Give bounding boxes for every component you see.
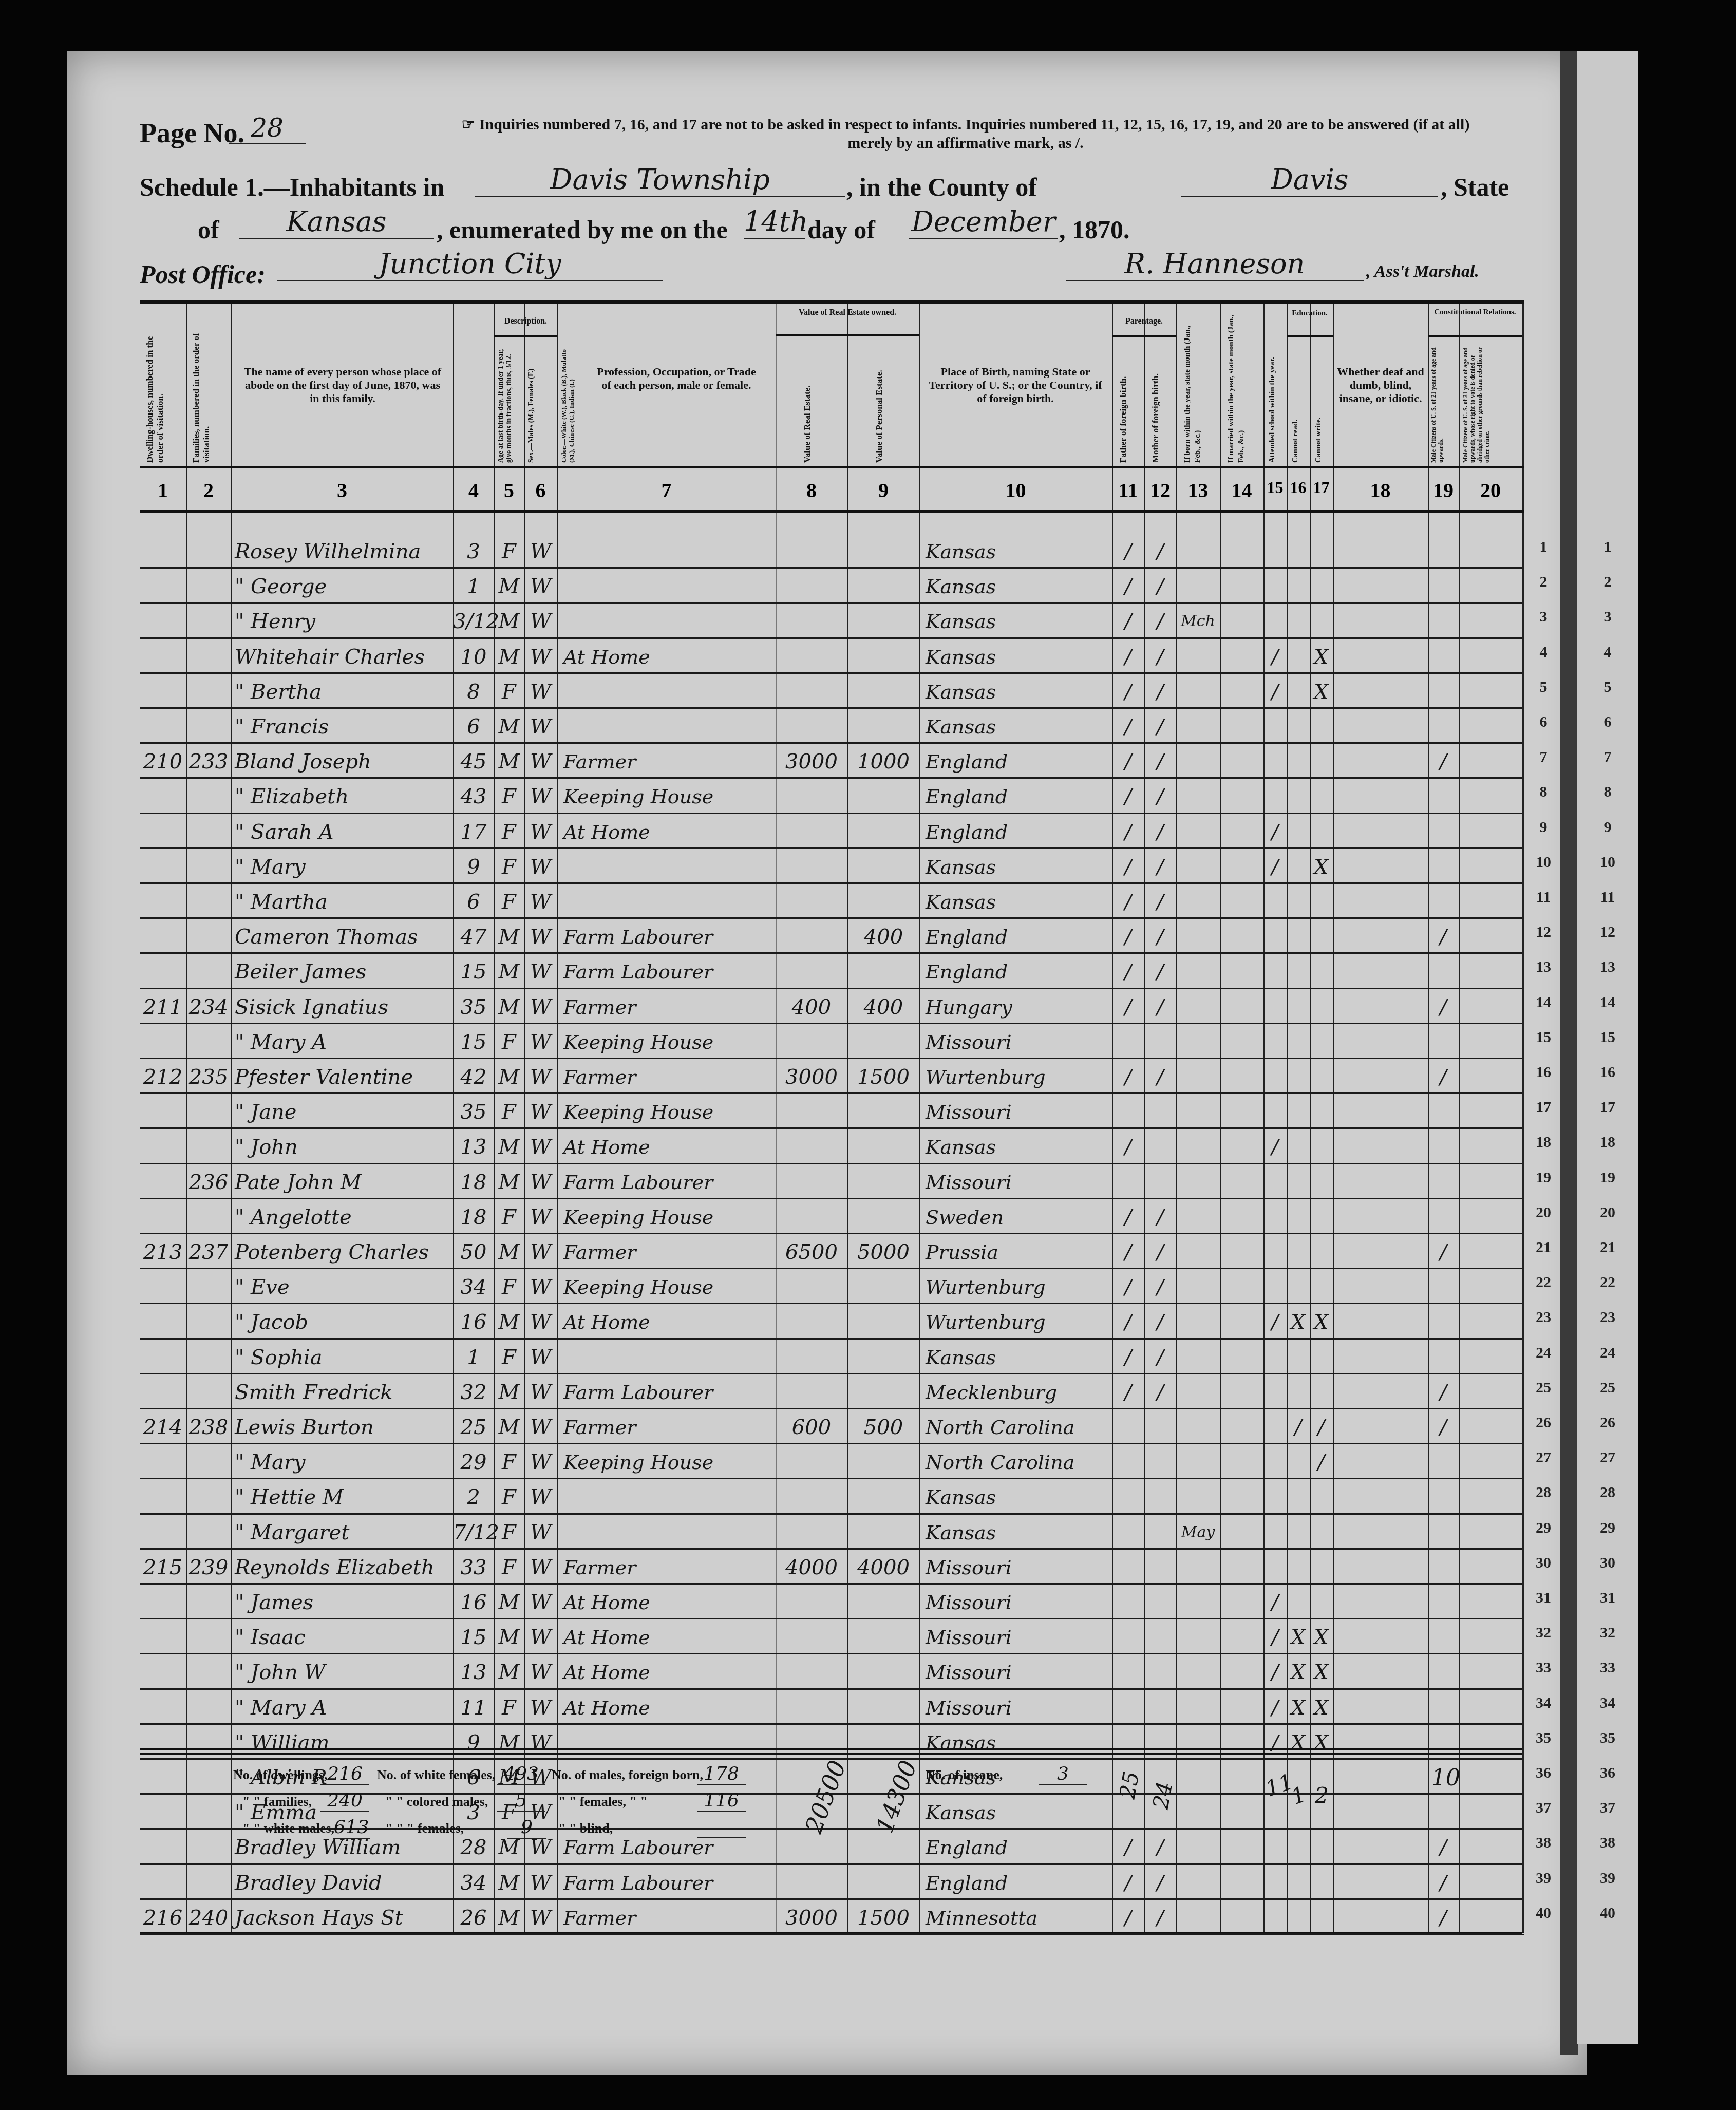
color: W [524,672,557,707]
vote-denied-mark [1459,988,1522,1023]
citizen-mark [1428,1548,1459,1583]
occupation: Farmer [563,1898,774,1933]
occupation: At Home [563,813,774,847]
married-month [1220,1198,1263,1233]
line-number: 17 [1528,1099,1559,1116]
dwelling-number [140,1268,186,1303]
cannot-write-mark [1310,917,1333,952]
age: 3/12 [453,602,494,637]
header-family: Families, numbered in the order of visit… [191,314,227,463]
occupation: Farmer [563,742,774,777]
age: 18 [453,1198,494,1233]
disability [1333,847,1428,882]
person-name: " Henry [235,602,453,637]
citizen-mark [1428,1127,1459,1162]
sex: F [494,1268,524,1303]
age: 50 [453,1233,494,1268]
real-estate-value [776,672,847,707]
family-number [186,1338,231,1373]
table-row: " John W13MWAt HomeMissouri/XX [140,1653,1522,1689]
family-number [186,952,231,987]
summary-colored-females-label: " " " females, [385,1821,464,1836]
mother-foreign-mark [1144,1653,1176,1688]
married-month [1220,1618,1263,1653]
citizen-mark [1428,1268,1459,1303]
dwelling-number [140,637,186,672]
father-foreign-mark: / [1112,847,1144,882]
sex: M [494,707,524,742]
summary-colored-males-label: " " colored males, [385,1794,488,1810]
citizen-mark [1428,882,1459,917]
adjacent-line-number: 7 [1592,748,1623,766]
occupation: At Home [563,1583,774,1618]
person-name: Cameron Thomas [235,917,453,952]
school-mark [1263,1513,1287,1548]
person-name: Whitehair Charles [235,637,453,672]
dwelling-number [140,672,186,707]
father-foreign-mark: / [1112,1198,1144,1233]
born-month [1176,1058,1220,1092]
vote-denied-mark [1459,1163,1522,1198]
vote-denied-mark [1459,602,1522,637]
cannot-read-mark [1287,1198,1310,1233]
age: 15 [453,1023,494,1058]
birthplace: Wurtenburg [926,1058,1112,1092]
color: W [524,1513,557,1548]
vote-denied-mark [1459,1198,1522,1233]
color: W [524,637,557,672]
cannot-write-mark: X [1310,847,1333,882]
colnum-8: 8 [776,478,847,502]
summary-white-males: 613 [333,1817,370,1839]
occupation: Farmer [563,1058,774,1092]
person-name: " Sarah A [235,813,453,847]
married-month [1220,532,1263,567]
colnum-11: 11 [1112,478,1144,502]
birthplace: Missouri [926,1583,1112,1618]
dwelling-number [140,602,186,637]
mother-foreign-mark: / [1144,637,1176,672]
disability [1333,1373,1428,1408]
occupation: Keeping House [563,777,774,812]
line-number: 2 [1528,573,1559,591]
school-mark [1263,1863,1287,1898]
cannot-read-mark [1287,1092,1310,1127]
married-month [1220,637,1263,672]
instructions-line-1: ☞ Inquiries numbered 7, 16, and 17 are n… [411,116,1520,134]
born-month [1176,917,1220,952]
color: W [524,1268,557,1303]
occupation: At Home [563,1618,774,1653]
personal-estate-value [847,847,919,882]
married-month [1220,1478,1263,1513]
cannot-write-mark [1310,1828,1333,1863]
real-estate-value [776,1478,847,1513]
table-row: 236Pate John M18MWFarm LabourerMissouri [140,1163,1522,1199]
cannot-write-mark: X [1310,1303,1333,1337]
real-estate-value [776,1653,847,1688]
married-month [1220,1548,1263,1583]
age: 13 [453,1653,494,1688]
family-number: 234 [186,988,231,1023]
person-name: " James [235,1583,453,1618]
age: 10 [453,637,494,672]
cannot-write-mark [1310,1058,1333,1092]
table-row: 213237Potenberg Charles50MWFarmer6500500… [140,1233,1522,1269]
occupation: At Home [563,637,774,672]
color: W [524,1688,557,1723]
born-month [1176,1198,1220,1233]
adjacent-line-number: 23 [1592,1309,1623,1326]
mother-foreign-mark: / [1144,847,1176,882]
summary-foreign-females: 116 [697,1790,746,1812]
adjacent-line-number: 31 [1592,1589,1623,1607]
adjacent-line-number: 21 [1592,1239,1623,1256]
citizen-mark [1428,847,1459,882]
birthplace: North Carolina [926,1408,1112,1443]
married-month [1220,707,1263,742]
cannot-write-mark [1310,777,1333,812]
school-mark [1263,567,1287,602]
person-name: " Elizabeth [235,777,453,812]
born-month: May [1176,1513,1220,1548]
table-row: " Sophia1FWKansas// [140,1338,1522,1374]
header-born-month: If born within the year, state month (Ja… [1182,314,1213,463]
personal-estate-value: 1500 [847,1898,919,1933]
adjacent-line-number: 6 [1592,713,1623,731]
sex: F [494,532,524,567]
table-row: 210233Bland Joseph45MWFarmer30001000Engl… [140,742,1522,779]
person-name: " Angelotte [235,1198,453,1233]
age: 7/12 [453,1513,494,1548]
line-number: 23 [1528,1309,1559,1326]
birthplace: Sweden [926,1198,1112,1233]
married-month [1220,1373,1263,1408]
age: 42 [453,1058,494,1092]
dwelling-number [140,1688,186,1723]
mother-foreign-mark [1144,1092,1176,1127]
sex: F [494,1443,524,1478]
adjacent-line-number: 29 [1592,1519,1623,1537]
adjacent-line-number: 35 [1592,1729,1623,1747]
state-label: , State [1441,172,1509,202]
school-mark: / [1263,1583,1287,1618]
disability [1333,672,1428,707]
disability [1333,1338,1428,1373]
colnum-12: 12 [1144,478,1176,502]
color: W [524,1898,557,1933]
dwelling-number [140,1583,186,1618]
occupation: Farmer [563,1233,774,1268]
married-month [1220,952,1263,987]
cannot-read-mark [1287,1863,1310,1898]
mother-foreign-mark [1144,1163,1176,1198]
adjacent-line-number: 37 [1592,1799,1623,1817]
color: W [524,1548,557,1583]
dwelling-number [140,567,186,602]
real-estate-value [776,1828,847,1863]
born-month [1176,1688,1220,1723]
married-month [1220,1092,1263,1127]
summary-foreign-females-label: " " females, " " [558,1794,648,1810]
sex: F [494,777,524,812]
table-row: " Bertha8FWKansas///X [140,672,1522,709]
birthplace: England [926,952,1112,987]
enumerated-label: , enumerated by me on the [437,215,728,244]
age: 35 [453,988,494,1023]
personal-estate-value [847,777,919,812]
adjacent-line-number: 20 [1592,1204,1623,1221]
day-of-label: day of [807,215,875,244]
citizen-mark [1428,1443,1459,1478]
family-number: 235 [186,1058,231,1092]
table-row: " Martha6FWKansas// [140,882,1522,919]
disability [1333,1793,1428,1828]
vote-denied-mark [1459,532,1522,567]
family-number [186,1373,231,1408]
father-foreign-mark: / [1112,1338,1144,1373]
line-number: 1 [1528,538,1559,556]
school-mark [1263,917,1287,952]
disability [1333,1513,1428,1548]
citizen-mark [1428,1618,1459,1653]
page-number-value: 28 [229,113,306,144]
family-number [186,1863,231,1898]
born-month [1176,1023,1220,1058]
born-month [1176,1373,1220,1408]
father-foreign-mark: / [1112,777,1144,812]
mother-foreign-mark [1144,1443,1176,1478]
birthplace: Kansas [926,1478,1112,1513]
married-month [1220,1163,1263,1198]
family-number: 239 [186,1548,231,1583]
birthplace: Kansas [926,602,1112,637]
disability [1333,1758,1428,1793]
school-mark [1263,1163,1287,1198]
cannot-read-mark [1287,532,1310,567]
occupation [563,882,774,917]
married-month [1220,917,1263,952]
real-estate-value [776,813,847,847]
vote-denied-mark [1459,1268,1522,1303]
color: W [524,1408,557,1443]
married-month [1220,1058,1263,1092]
line-number: 30 [1528,1554,1559,1572]
real-estate-value [776,1092,847,1127]
colnum-10: 10 [919,478,1112,502]
marshal-label: , Ass't Marshal. [1366,262,1479,281]
vote-denied-mark [1459,1443,1522,1478]
born-month [1176,813,1220,847]
person-name: " Mary A [235,1688,453,1723]
birthplace: Kansas [926,1513,1112,1548]
county-label: , in the County of [846,172,1037,202]
mother-foreign-mark: / [1144,602,1176,637]
cannot-read-mark [1287,1373,1310,1408]
binding-gutter [1560,51,1578,2055]
header-attended-school: Attended school within the year. [1267,314,1284,463]
total-cannot-write: 2 [1315,1783,1329,1808]
family-number [186,813,231,847]
color: W [524,1478,557,1513]
married-month [1220,988,1263,1023]
vote-denied-mark [1459,1618,1522,1653]
real-estate-value: 400 [776,988,847,1023]
personal-estate-value: 400 [847,988,919,1023]
cannot-read-mark [1287,602,1310,637]
born-month [1176,1338,1220,1373]
person-name: Pfester Valentine [235,1058,453,1092]
vote-denied-mark [1459,1758,1522,1793]
dwelling-number: 213 [140,1233,186,1268]
adjacent-line-number: 13 [1592,958,1623,976]
adjacent-line-number: 19 [1592,1169,1623,1186]
disability [1333,1198,1428,1233]
colnum-4: 4 [453,478,494,502]
disability [1333,602,1428,637]
disability [1333,1548,1428,1583]
sex: M [494,1408,524,1443]
personal-estate-value [847,1163,919,1198]
line-number: 34 [1528,1694,1559,1712]
citizen-mark [1428,1513,1459,1548]
sex: F [494,1478,524,1513]
dwelling-number [140,1127,186,1162]
school-mark [1263,1478,1287,1513]
adjacent-line-number: 2 [1592,573,1623,591]
age: 15 [453,1618,494,1653]
color: W [524,777,557,812]
citizen-mark: / [1428,1828,1459,1863]
born-month [1176,742,1220,777]
person-name: Bland Joseph [235,742,453,777]
age: 1 [453,1338,494,1373]
personal-estate-value [847,567,919,602]
line-number: 22 [1528,1274,1559,1291]
school-mark [1263,1373,1287,1408]
adjacent-line-number: 9 [1592,819,1623,836]
born-month [1176,1443,1220,1478]
real-estate-value [776,882,847,917]
father-foreign-mark: / [1112,988,1144,1023]
age: 16 [453,1583,494,1618]
occupation: Keeping House [563,1443,774,1478]
father-foreign-mark [1112,1618,1144,1653]
table-row: " Mary A11FWAt HomeMissouri/XX [140,1688,1522,1725]
married-month [1220,1233,1263,1268]
personal-estate-value [847,1688,919,1723]
vote-denied-mark [1459,1653,1522,1688]
married-month [1220,1828,1263,1863]
colnum-19: 19 [1428,478,1459,502]
schedule-label: Schedule 1.—Inhabitants in [140,172,444,202]
sex: M [494,1163,524,1198]
married-month [1220,1653,1263,1688]
married-month [1220,1793,1263,1828]
table-row: " Francis6MWKansas// [140,707,1522,744]
cannot-write-mark: X [1310,637,1333,672]
disability [1333,1023,1428,1058]
adjacent-line-number: 12 [1592,924,1623,941]
disability [1333,1058,1428,1092]
adjacent-line-number: 32 [1592,1624,1623,1642]
born-month [1176,1828,1220,1863]
mother-foreign-mark: / [1144,1058,1176,1092]
line-number: 10 [1528,854,1559,871]
cannot-read-mark [1287,988,1310,1023]
born-month [1176,1233,1220,1268]
color: W [524,882,557,917]
dwelling-number [140,1513,186,1548]
real-estate-value [776,847,847,882]
citizen-mark [1428,1478,1459,1513]
personal-estate-value [847,1092,919,1127]
dwelling-number [140,952,186,987]
sex: M [494,1898,524,1933]
cannot-read-mark [1287,742,1310,777]
real-estate-value [776,707,847,742]
dwelling-number: 210 [140,742,186,777]
table-row: " Elizabeth43FWKeeping HouseEngland// [140,777,1522,814]
occupation: Keeping House [563,1268,774,1303]
citizen-mark [1428,1023,1459,1058]
state-field: Kansas [239,205,434,239]
vote-denied-mark [1459,672,1522,707]
cannot-read-mark: X [1287,1303,1310,1337]
cannot-read-mark [1287,1548,1310,1583]
dwelling-number [140,532,186,567]
birthplace: Prussia [926,1233,1112,1268]
family-number [186,1092,231,1127]
adjacent-line-number: 34 [1592,1694,1623,1712]
disability [1333,1583,1428,1618]
occupation: Farm Labourer [563,952,774,987]
summary-foreign-males-label: No. of males, foreign born, [552,1767,703,1783]
cannot-read-mark [1287,1898,1310,1933]
real-estate-value: 3000 [776,1898,847,1933]
vote-denied-mark [1459,1828,1522,1863]
instructions-notice: ☞ Inquiries numbered 7, 16, and 17 are n… [411,116,1520,153]
color: W [524,1127,557,1162]
vote-denied-mark [1459,777,1522,812]
county-field: Davis [1181,163,1438,197]
real-estate-value [776,952,847,987]
citizen-mark: / [1428,1373,1459,1408]
born-month [1176,1653,1220,1688]
age: 33 [453,1548,494,1583]
adjacent-line-number: 14 [1592,994,1623,1011]
line-number: 27 [1528,1449,1559,1466]
age: 11 [453,1688,494,1723]
disability [1333,637,1428,672]
adjacent-line-number: 18 [1592,1134,1623,1151]
person-name: Beiler James [235,952,453,987]
birthplace: Missouri [926,1023,1112,1058]
occupation: At Home [563,1303,774,1337]
line-number: 19 [1528,1169,1559,1186]
married-month [1220,847,1263,882]
cannot-read-mark [1287,1583,1310,1618]
sex: F [494,1198,524,1233]
family-number [186,1478,231,1513]
header-mother-foreign: Mother of foreign birth. [1150,342,1171,463]
color: W [524,532,557,567]
summary-white-females-label: No. of white females, [377,1767,495,1783]
real-estate-value [776,602,847,637]
born-month [1176,1898,1220,1933]
cannot-read-mark [1287,637,1310,672]
colnum-14: 14 [1220,478,1263,502]
